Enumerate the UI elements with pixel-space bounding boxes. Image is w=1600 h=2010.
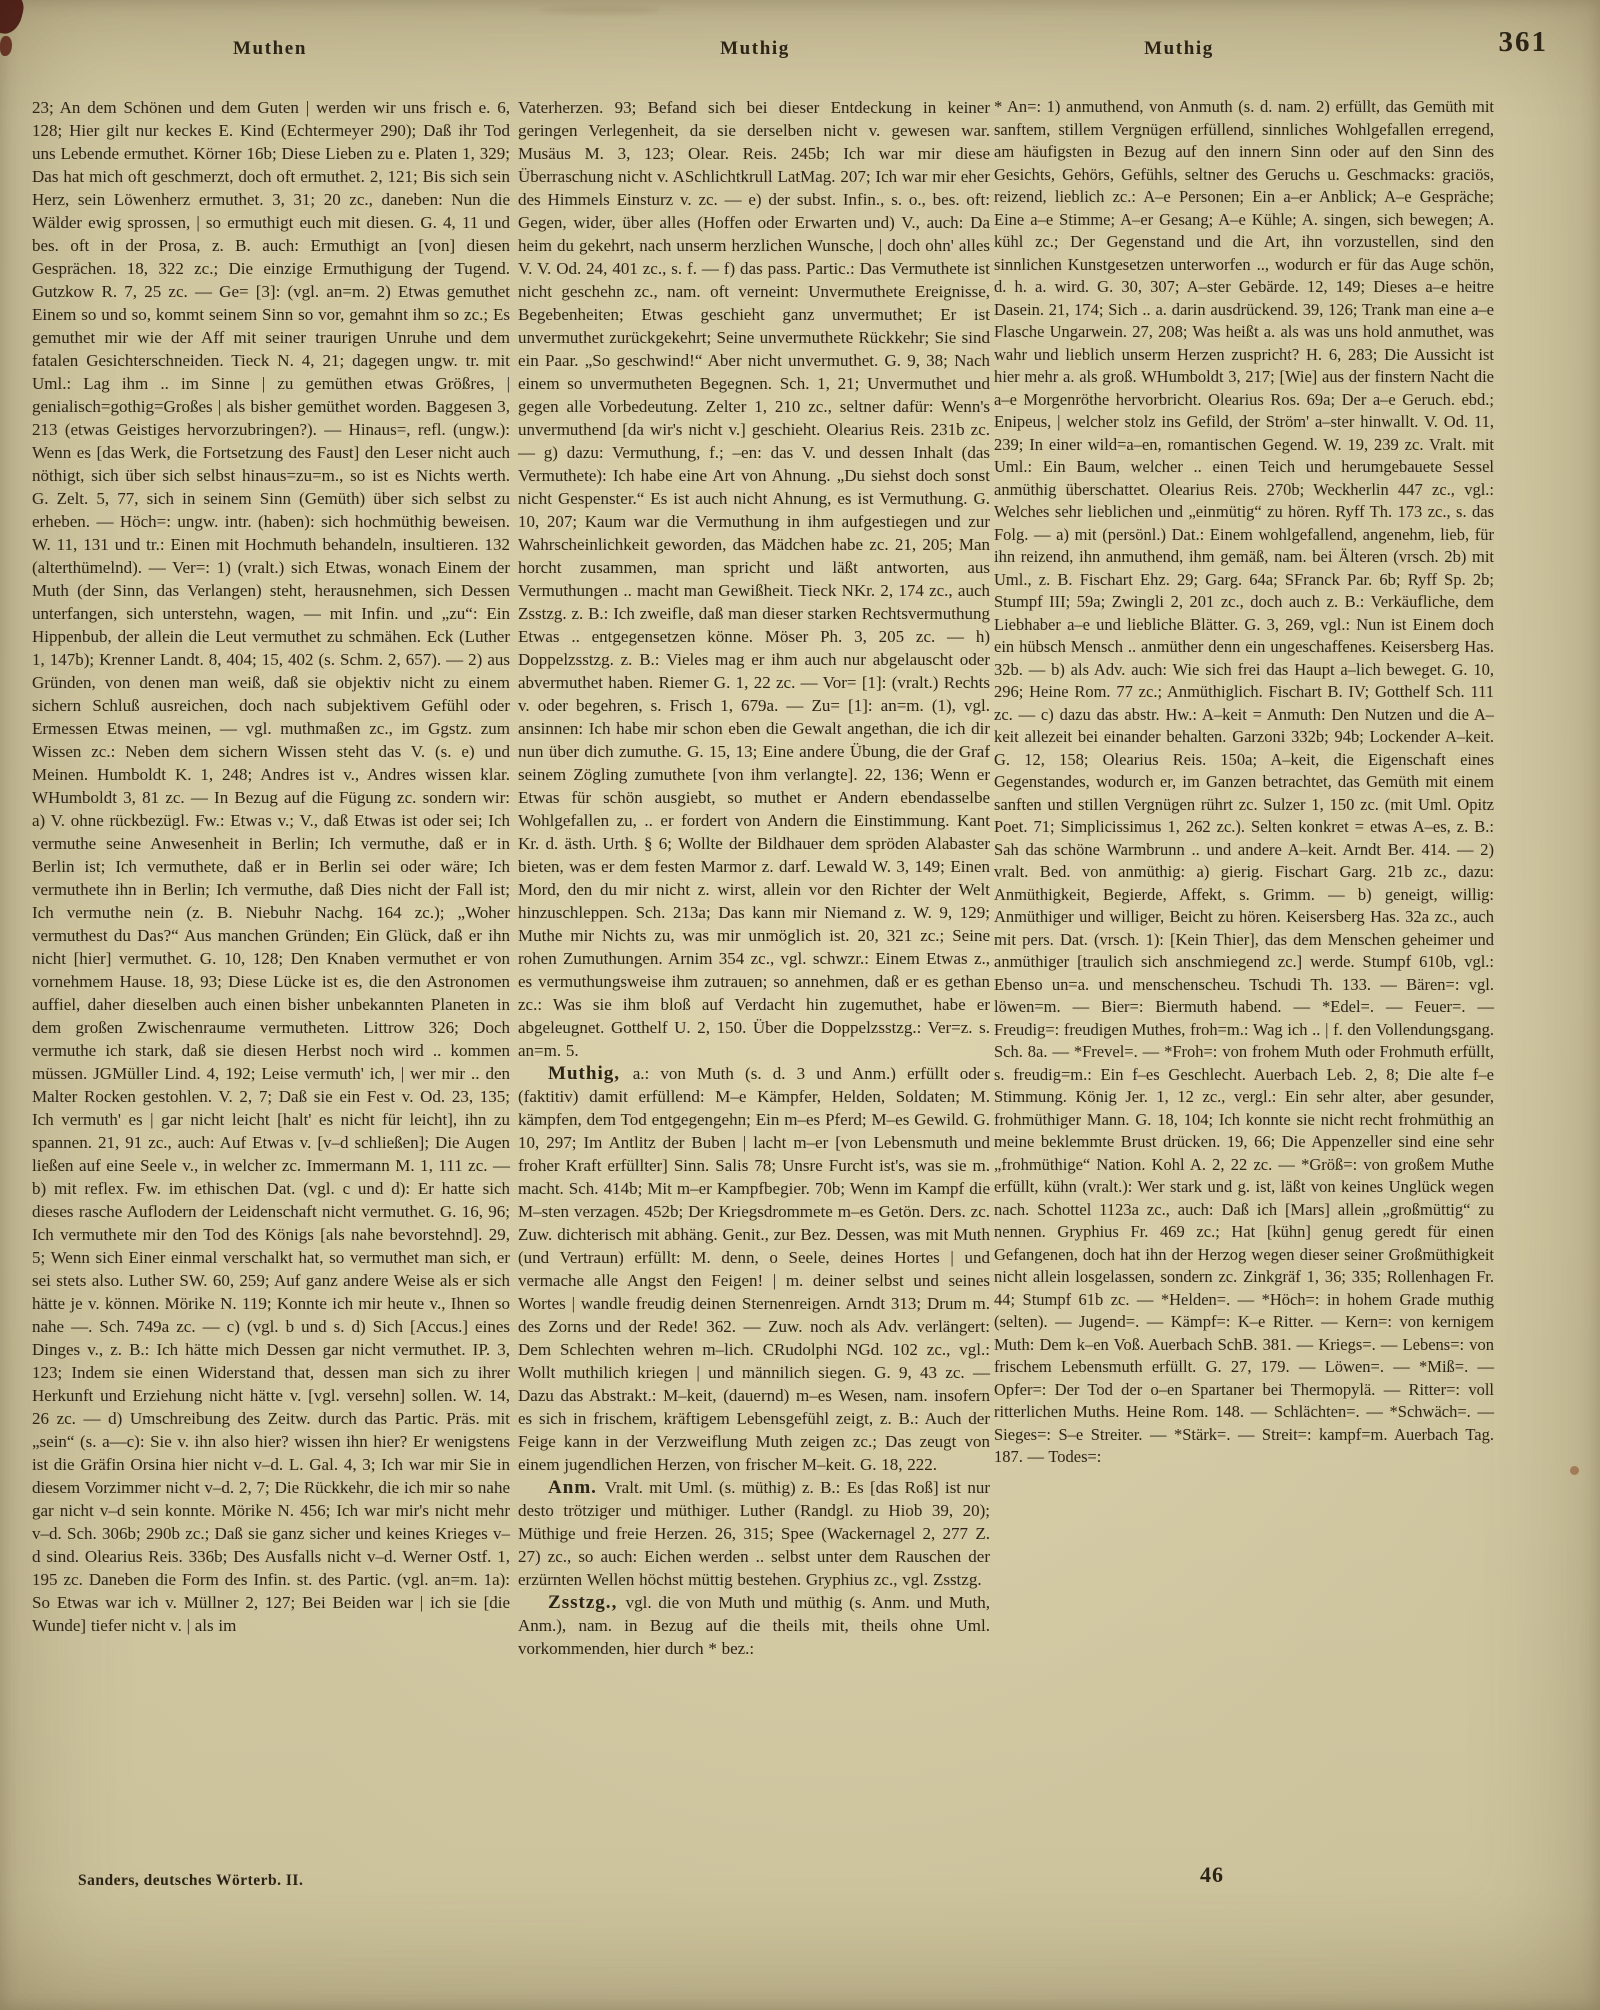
scan-shadow-top: [540, 6, 660, 14]
text-column-3: * An=: 1) anmuthend, von Anmuth (s. d. n…: [994, 96, 1494, 1469]
ink-blemish-left-edge: [0, 36, 12, 56]
paragraph: Zsstzg., vgl. die von Muth und müthig (s…: [518, 1591, 990, 1660]
paper-speck-right: [1570, 1466, 1579, 1475]
entry-headword: Anm.: [548, 1477, 605, 1498]
publisher-imprint: Sanders, deutsches Wörterb. II.: [78, 1872, 303, 1890]
running-head-center: Muthig: [520, 38, 990, 60]
entry-headword: Muthig,: [548, 1063, 633, 1084]
running-head-right: Muthig: [994, 38, 1364, 60]
text-column-2: Vaterherzen. 93; Befand sich bei dieser …: [518, 96, 990, 1660]
paragraph: Vaterherzen. 93; Befand sich bei dieser …: [518, 96, 990, 1062]
paragraph: Muthig, a.: von Muth (s. d. 3 und Anm.) …: [518, 1062, 990, 1476]
page-number: 361: [1499, 26, 1549, 59]
sheet-signature: 46: [1200, 1862, 1224, 1888]
text-column-1: 23; An dem Schönen und dem Guten | werde…: [32, 96, 510, 1637]
paragraph: * An=: 1) anmuthend, von Anmuth (s. d. n…: [994, 96, 1494, 1469]
paragraph: 23; An dem Schönen und dem Guten | werde…: [32, 96, 510, 1637]
entry-headword: Zsstzg.,: [548, 1592, 626, 1613]
dictionary-page: Muthen Muthig Muthig 361 23; An dem Schö…: [0, 0, 1600, 2010]
paragraph: Anm. Vralt. mit Uml. (s. müthig) z. B.: …: [518, 1476, 990, 1591]
ink-blemish-top-left: [0, 0, 26, 37]
running-head-left: Muthen: [40, 38, 500, 60]
